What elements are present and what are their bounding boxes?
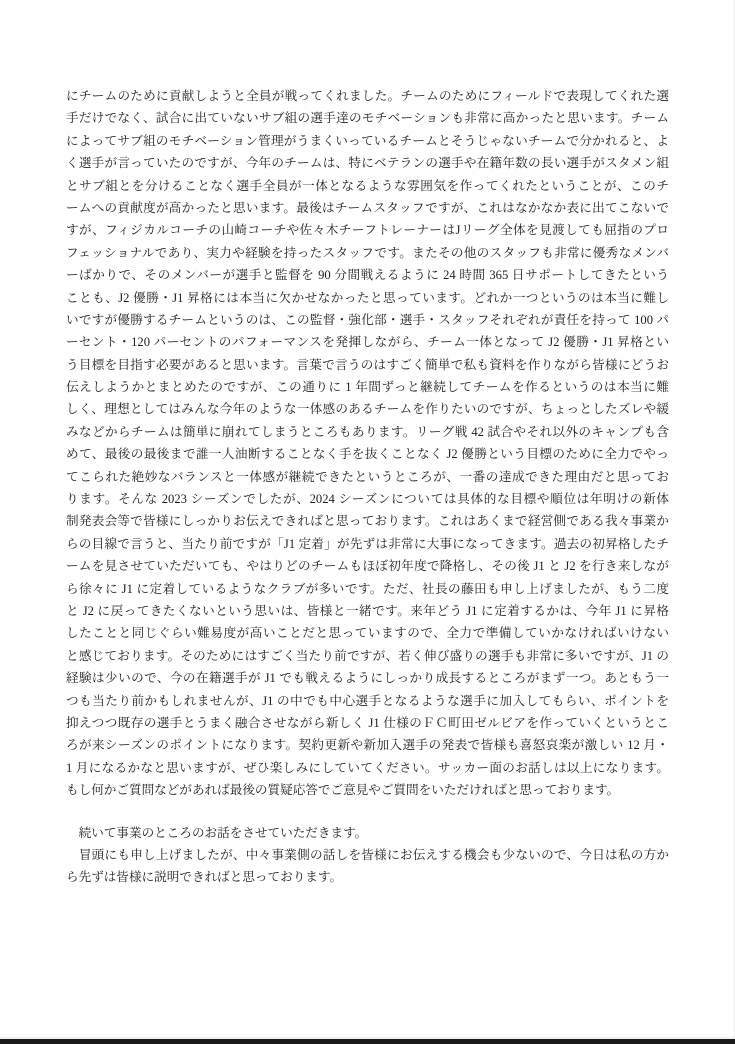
text-line: ーセント・120 パーセントのパフォーマンスを発揮しながら、チーム一体となって … <box>66 331 669 353</box>
text-line: 抑えつつ既存の選手とうまく融合させながら新しく J1 仕様のＦＣ町田ゼルビアを作… <box>66 712 669 734</box>
text-line: と J2 に戻ってきたくないという思いは、皆様と一緒です。来年どう J1 に定着… <box>66 600 669 622</box>
text-line: すが、フィジカルコーチの山崎コーチや佐々木チーフトレーナーはJリーグ全体を見渡し… <box>66 219 669 241</box>
text-line: めて、最後の最後まで誰一人油断することなく手を抜くことなく J2 優勝という目標… <box>66 443 669 465</box>
paragraph: 冒頭にも申し上げましたが、中々事業側の話しを皆様にお伝えする機会も少ないので、今… <box>66 844 669 889</box>
document-body: にチームのために貢献しようと全員が戦ってくれました。チームのためにフィールドで表… <box>66 85 669 889</box>
text-line: ります。そんな 2023 シーズンでしたが、2024 シーズンについては具体的な… <box>66 488 669 510</box>
text-line: によってサブ組のモチベーション管理がうまくいっているチームとそうじゃないチームで… <box>66 130 669 152</box>
text-line: したことと同じぐらい難易度が高いことだと思っていますので、全力で準備していかなけ… <box>66 622 669 644</box>
text-line: フェッショナルであり、実力や経験を持ったスタッフです。またその他のスタッフも非常… <box>66 242 669 264</box>
text-line: 経験は少いので、今の在籍選手が J1 でも戦えるようにしっかり成長するところがま… <box>66 667 669 689</box>
text-line: ーばかりで、そのメンバーが選手と監督を 90 分間戦えるように 24 時間 36… <box>66 264 669 286</box>
text-line: ことも、J2 優勝・J1 昇格には本当に欠かせなかったと思っています。どれか一つ… <box>66 287 669 309</box>
paragraph: にチームのために貢献しようと全員が戦ってくれました。チームのためにフィールドで表… <box>66 85 669 802</box>
text-line: と感じております。そのためにはすごく当たり前ですが、若く伸び盛りの選手も非常に多… <box>66 645 669 667</box>
text-line: とサブ組とを分けることなく選手全員が一体となるような雰囲気を作ってくれたというこ… <box>66 175 669 197</box>
text-line: 手だけでなく、試合に出ていないサブ組の選手達のモチベーションも非常に高かったと思… <box>66 107 669 129</box>
text-line: ームを見させていただいても、やはりどのチームもほぼ初年度で降格し、その後 J1 … <box>66 555 669 577</box>
text-line: 伝えしようかとまとめたのですが、この通りに 1 年間ずっと継続してチームを作ると… <box>66 376 669 398</box>
text-line: ら徐々に J1 に定着しているようなクラブが多いです。ただ、社長の藤田も申し上げ… <box>66 578 669 600</box>
text-line: にチームのために貢献しようと全員が戦ってくれました。チームのためにフィールドで表… <box>66 85 669 107</box>
text-line: ームへの貢献度が高かったと思います。最後はチームスタッフですが、これはなかなか表… <box>66 197 669 219</box>
text-line: 続いて事業のところのお話をさせていただきます。 <box>66 822 669 844</box>
document-page: にチームのために貢献しようと全員が戦ってくれました。チームのためにフィールドで表… <box>0 0 735 1044</box>
text-line: ろが来シーズンのポイントになります。契約更新や新加入選手の発表で皆様も喜怒哀楽が… <box>66 734 669 756</box>
text-line: う目標を目指す必要があると思います。言葉で言うのはすごく簡単で私も資料を作りなが… <box>66 354 669 376</box>
text-line: もし何かご質問などがあれば最後の質疑応答でご意見やご質問をいただければと思ってお… <box>66 779 669 801</box>
text-line: つも当たり前かもしれませんが、J1 の中でも中心選手となるような選手に加入しても… <box>66 690 669 712</box>
text-line: ら先ずは皆様に説明できればと思っております。 <box>66 866 669 888</box>
text-line: く選手が言っていたのですが、今年のチームは、特にベテランの選手や在籍年数の長い選… <box>66 152 669 174</box>
text-line: いですが優勝するチームというのは、この監督・強化部・選手・スタッフそれぞれが責任… <box>66 309 669 331</box>
text-line: 制発表会等で皆様にしっかりお伝えできればと思っております。これはあくまで経営側で… <box>66 510 669 532</box>
text-line: 1 月になるかなと思いますが、ぜひ楽しみにしていてください。サッカー面のお話しは… <box>66 757 669 779</box>
text-line: らの目線で言うと、当たり前ですが「J1 定着」が先ずは非常に大事になってきます。… <box>66 533 669 555</box>
text-line: みなどからチームは簡単に崩れてしまうところもあります。リーグ戦 42 試合やそれ… <box>66 421 669 443</box>
text-line: てこられた絶妙なバランスと一体感が継続できたというところが、一番の達成できた理由… <box>66 466 669 488</box>
paragraph: 続いて事業のところのお話をさせていただきます。 <box>66 822 669 844</box>
text-line: 冒頭にも申し上げましたが、中々事業側の話しを皆様にお伝えする機会も少ないので、今… <box>66 844 669 866</box>
text-line: しく、理想としてはみんな今年のような一体感のあるチームを作りたいのですが、ちょっ… <box>66 398 669 420</box>
page-bottom-separator <box>0 1037 735 1044</box>
